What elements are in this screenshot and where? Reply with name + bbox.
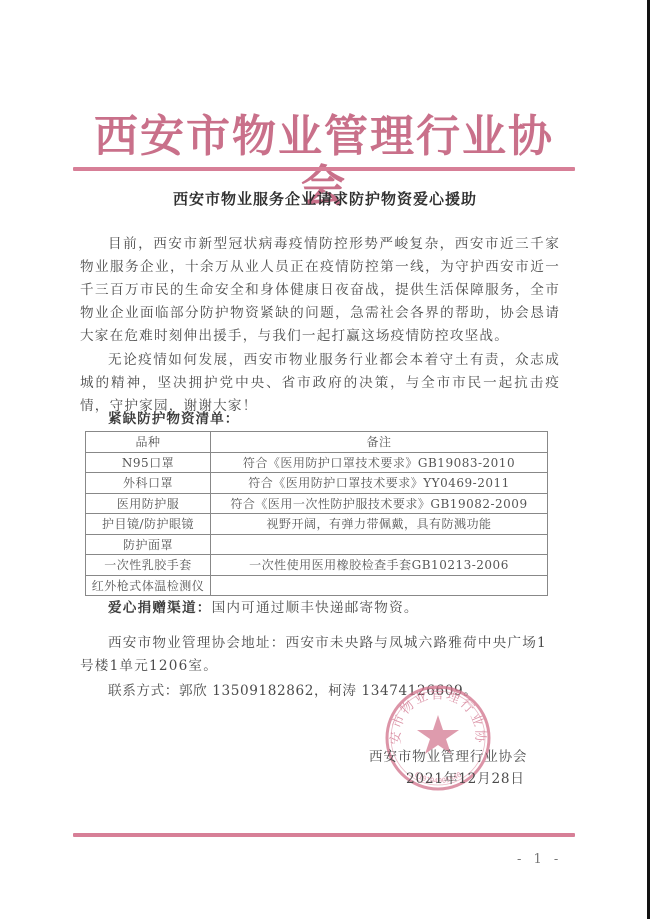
supplies-list-heading: 紧缺防护物资清单： [108, 407, 239, 427]
table-row: 外科口罩 符合《医用防护口罩技术要求》YY0469-2011 [86, 473, 548, 494]
footer-divider [73, 833, 575, 837]
cell-item: 一次性乳胶手套 [86, 555, 211, 576]
cell-item: 外科口罩 [86, 473, 211, 494]
masthead-divider [73, 167, 575, 171]
table-row: 医用防护服 符合《医用一次性防护服技术要求》GB19082-2009 [86, 493, 548, 514]
header-item: 品种 [86, 432, 211, 453]
table-row: 护目镜/防护眼镜 视野开阔，有弹力带佩戴，具有防溅功能 [86, 514, 548, 535]
table-header-row: 品种 备注 [86, 432, 548, 453]
cell-note: 视野开阔，有弹力带佩戴，具有防溅功能 [211, 514, 548, 535]
cell-note: 符合《医用一次性防护服技术要求》GB19082-2009 [211, 493, 548, 514]
table-row: 红外枪式体温检测仪 [86, 575, 548, 596]
cell-item: N95口罩 [86, 452, 211, 473]
donation-channel: 爱心捐赠渠道：国内可通过顺丰快递邮寄物资。 [108, 596, 419, 616]
signature-organization: 西安市物业管理行业协会 [369, 745, 527, 765]
cell-note [211, 534, 548, 555]
page-number: - 1 - [517, 852, 562, 867]
table-row: 防护面罩 [86, 534, 548, 555]
cell-item: 红外枪式体温检测仪 [86, 575, 211, 596]
document-title: 西安市物业服务企业请求防护物资爱心援助 [0, 188, 650, 209]
cell-item: 医用防护服 [86, 493, 211, 514]
cell-note: 符合《医用防护口罩技术要求》GB19083-2010 [211, 452, 548, 473]
supplies-table: 品种 备注 N95口罩 符合《医用防护口罩技术要求》GB19083-2010 外… [85, 431, 548, 596]
cell-note: 一次性使用医用橡胶检查手套GB10213-2006 [211, 555, 548, 576]
table-row: N95口罩 符合《医用防护口罩技术要求》GB19083-2010 [86, 452, 548, 473]
cell-note: 符合《医用防护口罩技术要求》YY0469-2011 [211, 473, 548, 494]
cell-note [211, 575, 548, 596]
cell-item: 护目镜/防护眼镜 [86, 514, 211, 535]
signature-date: 2021年12月28日 [406, 767, 525, 787]
association-address: 西安市物业管理协会地址：西安市未央路与凤城六路雅荷中央广场1号楼1单元1206室… [80, 632, 560, 678]
donation-text: 国内可通过顺丰快递邮寄物资。 [212, 600, 419, 616]
paragraph-situation: 目前，西安市新型冠状病毒疫情防控形势严峻复杂，西安市近三千家物业服务企业，十余万… [80, 233, 560, 348]
header-note: 备注 [211, 432, 548, 453]
cell-item: 防护面罩 [86, 534, 211, 555]
donation-label: 爱心捐赠渠道： [108, 600, 212, 616]
table-row: 一次性乳胶手套 一次性使用医用橡胶检查手套GB10213-2006 [86, 555, 548, 576]
